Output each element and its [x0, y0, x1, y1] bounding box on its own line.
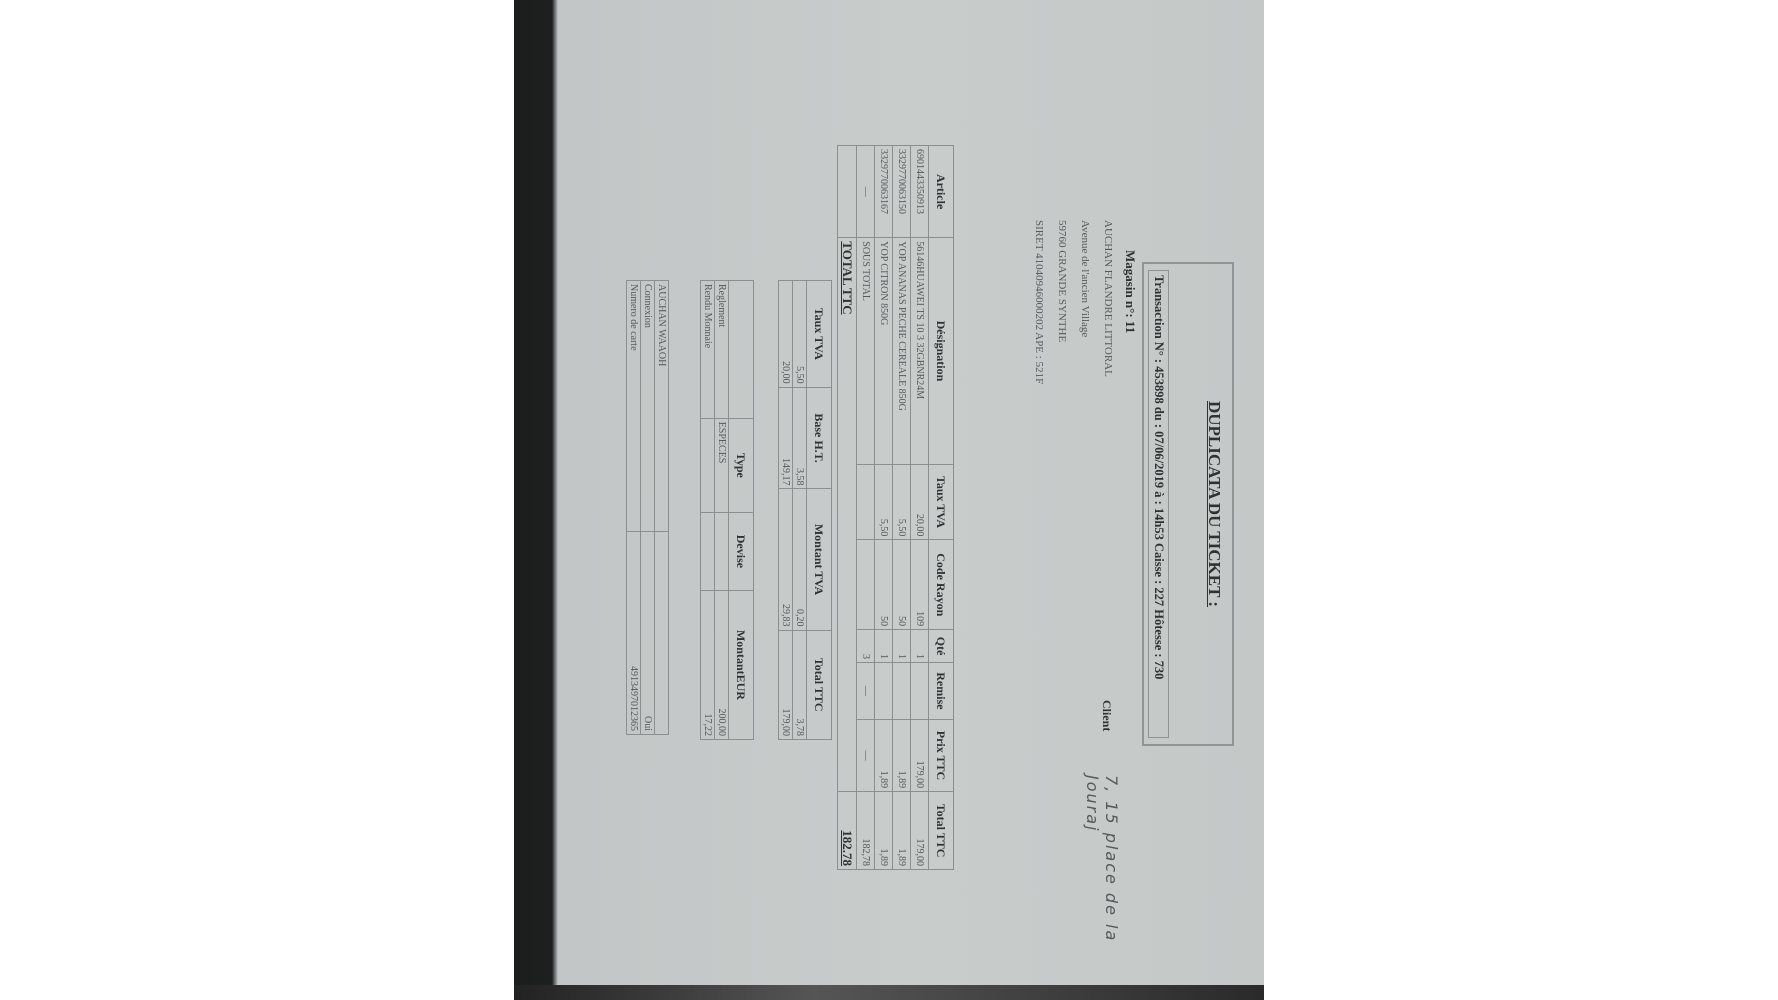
- table-cell: 1,89: [875, 792, 893, 870]
- store-siret: SIRET 41040946000202 APE : 521F: [1027, 220, 1050, 384]
- table-cell: 0,20: [793, 489, 807, 630]
- table-cell: 4913497012365: [627, 532, 641, 735]
- column-header: Remise: [929, 663, 954, 720]
- table-cell: [911, 663, 929, 720]
- table-cell: 5,50: [875, 464, 893, 540]
- table-cell: Reglement: [715, 281, 729, 419]
- total-row: TOTAL TTC182.78: [838, 146, 857, 870]
- transaction-line: Transaction N° : 453898 du : 07/06/2019 …: [1148, 270, 1169, 738]
- column-header: Qté: [929, 630, 954, 663]
- table-row: 5,503,580,203,78: [793, 281, 807, 740]
- receipt-document: DUPLICATA DU TICKET : Transaction N° : 4…: [564, 0, 1264, 1000]
- tva-table: Taux TVABase H.T.Montant TVATotal TTC 5,…: [778, 280, 832, 740]
- table-cell: —: [857, 663, 875, 720]
- table-row: 3329770063150YOP ANANAS PECHE CEREALE 85…: [893, 146, 911, 870]
- store-number: Magasin n°: 11: [1119, 250, 1142, 384]
- table-row: ReglementESPECES200,00: [715, 281, 729, 740]
- table-cell: 20,00: [779, 281, 793, 388]
- table-cell: [655, 532, 669, 735]
- table-cell: 5,50: [893, 464, 911, 540]
- table-cell: 20,00: [911, 464, 929, 540]
- table-cell: ESPECES: [715, 418, 729, 512]
- table-cell: 200,00: [715, 590, 729, 739]
- table-cell: [701, 512, 715, 590]
- column-header: Désignation: [929, 238, 954, 464]
- table-cell: Oui: [641, 532, 655, 735]
- subtotal-row: —SOUS TOTAL3——182,78: [857, 146, 875, 870]
- column-header: Taux TVA: [929, 464, 954, 540]
- column-header: Total TTC: [929, 792, 954, 870]
- total-label: TOTAL TTC: [838, 238, 857, 792]
- column-header: Type: [729, 418, 754, 512]
- payment-table: TypeDeviseMontantEUR ReglementESPECES200…: [700, 280, 754, 740]
- column-header: MontantEUR: [729, 590, 754, 739]
- column-header: Article: [929, 146, 954, 238]
- document-title: DUPLICATA DU TICKET :: [1204, 264, 1224, 744]
- table-row: Rendu Monnaie17,22: [701, 281, 715, 740]
- table-cell: —: [857, 719, 875, 791]
- loyalty-card-table: AUCHAN WAAOHConnexionOuiNumero de carte4…: [626, 280, 669, 735]
- table-cell: 1: [875, 630, 893, 663]
- table-row: Numero de carte4913497012365: [627, 281, 641, 735]
- table-cell: 6901443350913: [911, 146, 929, 238]
- table-cell: 1,89: [893, 792, 911, 870]
- table-cell: YOP CITRON 850G: [875, 238, 893, 464]
- table-cell: Numero de carte: [627, 281, 641, 532]
- column-header: Total TTC: [807, 630, 832, 739]
- table-cell: 179,00: [911, 792, 929, 870]
- column-header: Montant TVA: [807, 489, 832, 630]
- table-cell: 50: [893, 540, 911, 630]
- column-header: Code Rayon: [929, 540, 954, 630]
- table-cell: 3: [857, 630, 875, 663]
- table-cell: AUCHAN WAAOH: [655, 281, 669, 532]
- table-row: AUCHAN WAAOH: [655, 281, 669, 735]
- header-box: DUPLICATA DU TICKET : Transaction N° : 4…: [1142, 262, 1234, 746]
- store-info: Magasin n°: 11 AUCHAN FLANDRE LITTORAL A…: [1027, 220, 1142, 384]
- table-row: 20,00149,1729,83179,00: [779, 281, 793, 740]
- table-cell: 1: [893, 630, 911, 663]
- table-cell: 3329770063167: [875, 146, 893, 238]
- table-cell: —: [857, 146, 875, 238]
- table-cell: 3329770063150: [893, 146, 911, 238]
- column-header: Prix TTC: [929, 719, 954, 791]
- table-cell: 149,17: [779, 387, 793, 489]
- table-cell: 1: [911, 630, 929, 663]
- table-cell: [875, 663, 893, 720]
- articles-table: ArticleDésignationTaux TVACode RayonQtéR…: [837, 145, 954, 870]
- store-name: AUCHAN FLANDRE LITTORAL: [1096, 220, 1119, 384]
- table-cell: 1,89: [875, 719, 893, 791]
- column-header: Base H.T.: [807, 387, 832, 489]
- column-header: Taux TVA: [807, 281, 832, 388]
- table-cell: Connexion: [641, 281, 655, 532]
- table-cell: 17,22: [701, 590, 715, 739]
- table-cell: [838, 146, 857, 238]
- column-header: [729, 281, 754, 419]
- table-cell: 179,00: [779, 630, 793, 739]
- table-cell: 29,83: [779, 489, 793, 630]
- table-cell: [857, 464, 875, 540]
- table-cell: 50: [875, 540, 893, 630]
- table-cell: [893, 663, 911, 720]
- table-cell: 3,78: [793, 630, 807, 739]
- table-cell: [715, 512, 729, 590]
- total-value: 182.78: [838, 792, 857, 870]
- table-cell: [857, 540, 875, 630]
- store-street: Avenue de l'ancien Village: [1073, 220, 1096, 384]
- client-handwritten-address: 7, 15 place de la Jouraj: [1083, 775, 1121, 1000]
- table-cell: 179,00: [911, 719, 929, 791]
- table-cell: YOP ANANAS PECHE CEREALE 850G: [893, 238, 911, 464]
- table-cell: SOUS TOTAL: [857, 238, 875, 464]
- table-cell: 3,58: [793, 387, 807, 489]
- table-cell: Rendu Monnaie: [701, 281, 715, 419]
- table-row: 690144335091356146HUAWEI TS 10 3 32GBNR2…: [911, 146, 929, 870]
- table-cell: 182,78: [857, 792, 875, 870]
- client-label: Client: [1099, 700, 1114, 731]
- column-header: Devise: [729, 512, 754, 590]
- table-cell: 5,50: [793, 281, 807, 388]
- table-cell: 56146HUAWEI TS 10 3 32GBNR24M: [911, 238, 929, 464]
- table-row: 3329770063167YOP CITRON 850G5,505011,891…: [875, 146, 893, 870]
- table-cell: 1,89: [893, 719, 911, 791]
- store-city: 59760 GRANDE SYNTHE: [1050, 220, 1073, 384]
- table-row: ConnexionOui: [641, 281, 655, 735]
- table-cell: 109: [911, 540, 929, 630]
- table-cell: [701, 418, 715, 512]
